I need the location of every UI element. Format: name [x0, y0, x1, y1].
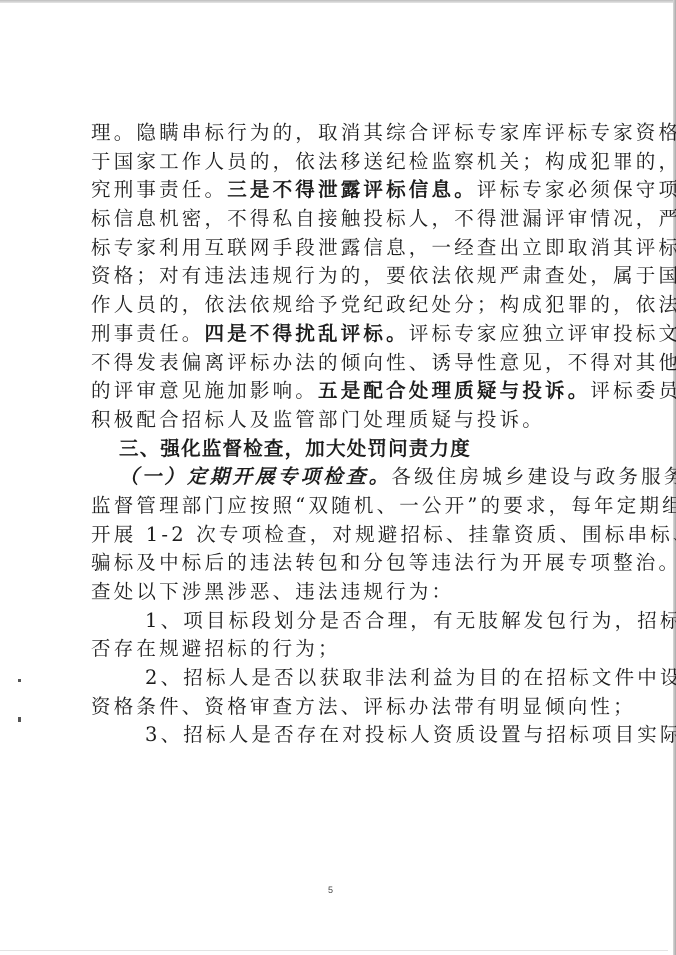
text-run: 评标委员会应 [590, 379, 676, 402]
text-run: 评标专家必须保守项目招 [477, 178, 676, 201]
binding-hole-mark [18, 679, 21, 682]
text-run: 的评审意见施加影响。 [91, 379, 318, 402]
text-line: 刑事责任。四是不得扰乱评标。评标专家应独立评审投标文件， [91, 320, 591, 349]
text-line: 资格；对有违法违规行为的，要依法依规严肃查处，属于国家工 [91, 262, 591, 291]
text-line: 开展 1-2 次专项检查，对规避招标、挂靠资质、围标串标、虚假 [91, 521, 591, 550]
text-run: 作人员的，依法依规给予党纪政纪处分；构成犯罪的，依法追究 [91, 293, 676, 316]
text-run: 资格；对有违法违规行为的，要依法依规严肃查处，属于国家工 [91, 264, 676, 287]
body-text: 理。隐瞒串标行为的，取消其综合评标专家库评标专家资格；属 于国家工作人员的，依法… [91, 119, 591, 750]
text-run: 刑事责任。 [91, 322, 205, 345]
text-line: 究刑事责任。三是不得泄露评标信息。评标专家必须保守项目招 [91, 176, 591, 205]
document-page: 理。隐瞒串标行为的，取消其综合评标专家库评标专家资格；属 于国家工作人员的，依法… [0, 0, 673, 955]
text-line: 标信息机密，不得私自接触投标人，不得泄漏评审情况，严禁评 [91, 205, 591, 234]
bold-text-run: 五是配合处理质疑与投诉。 [318, 379, 590, 402]
text-line: 于国家工作人员的，依法移送纪检监察机关；构成犯罪的，依法追 [91, 148, 591, 177]
page-number: 5 [328, 885, 333, 895]
text-line: 骗标及中标后的违法转包和分包等违法行为开展专项整治。重点 [91, 549, 591, 578]
text-run: 标信息机密，不得私自接触投标人，不得泄漏评审情况，严禁评 [91, 207, 676, 230]
text-line: 不得发表偏离评标办法的倾向性、诱导性意见，不得对其他成员 [91, 349, 591, 378]
list-item-2: 2、招标人是否以获取非法利益为目的在招标文件中设置的 [91, 664, 591, 693]
section-heading: 三、强化监督检查，加大处罚问责力度 [91, 435, 591, 464]
text-line: 积极配合招标人及监管部门处理质疑与投诉。 [91, 406, 591, 435]
list-item-3: 3、招标人是否存在对投标人资质设置与招标项目实际不符 [91, 721, 591, 750]
list-item-2-continuation: 资格条件、资格审查方法、评标办法带有明显倾向性； [91, 693, 591, 722]
bold-text-run: 三是不得泄露评标信息。 [227, 178, 477, 201]
text-run: 评标专家应独立评审投标文件， [409, 322, 676, 345]
text-run: 标专家利用互联网手段泄露信息，一经查出立即取消其评标专家 [91, 236, 676, 259]
text-line: 查处以下涉黑涉恶、违法违规行为： [91, 578, 591, 607]
text-run: 不得发表偏离评标办法的倾向性、诱导性意见，不得对其他成员 [91, 351, 676, 374]
text-run: 究刑事责任。 [91, 178, 227, 201]
text-line: 的评审意见施加影响。五是配合处理质疑与投诉。评标委员会应 [91, 377, 591, 406]
list-item-1: 1、项目标段划分是否合理，有无肢解发包行为，招标人是 [91, 607, 591, 636]
text-line: 标专家利用互联网手段泄露信息，一经查出立即取消其评标专家 [91, 234, 591, 263]
subsection-first-line: （一）定期开展专项检查。各级住房城乡建设与政务服务 [91, 463, 591, 492]
subsection-title: （一）定期开展专项检查。 [119, 465, 391, 488]
list-item-1-continuation: 否存在规避招标的行为； [91, 635, 591, 664]
binding-hole-mark [18, 717, 21, 722]
text-run: 于国家工作人员的，依法移送纪检监察机关；构成犯罪的，依法追 [91, 150, 676, 173]
bold-text-run: 四是不得扰乱评标。 [205, 322, 409, 345]
text-run: 各级住房城乡建设与政务服务 [391, 465, 676, 488]
text-line: 监督管理部门应按照“双随机、一公开”的要求，每年定期组织 [91, 492, 591, 521]
text-run: 理。隐瞒串标行为的，取消其综合评标专家库评标专家资格；属 [91, 121, 676, 144]
text-run: 积极配合招标人及监管部门处理质疑与投诉。 [91, 408, 545, 431]
text-line: 理。隐瞒串标行为的，取消其综合评标专家库评标专家资格；属 [91, 119, 591, 148]
text-line: 作人员的，依法依规给予党纪政纪处分；构成犯罪的，依法追究 [91, 291, 591, 320]
